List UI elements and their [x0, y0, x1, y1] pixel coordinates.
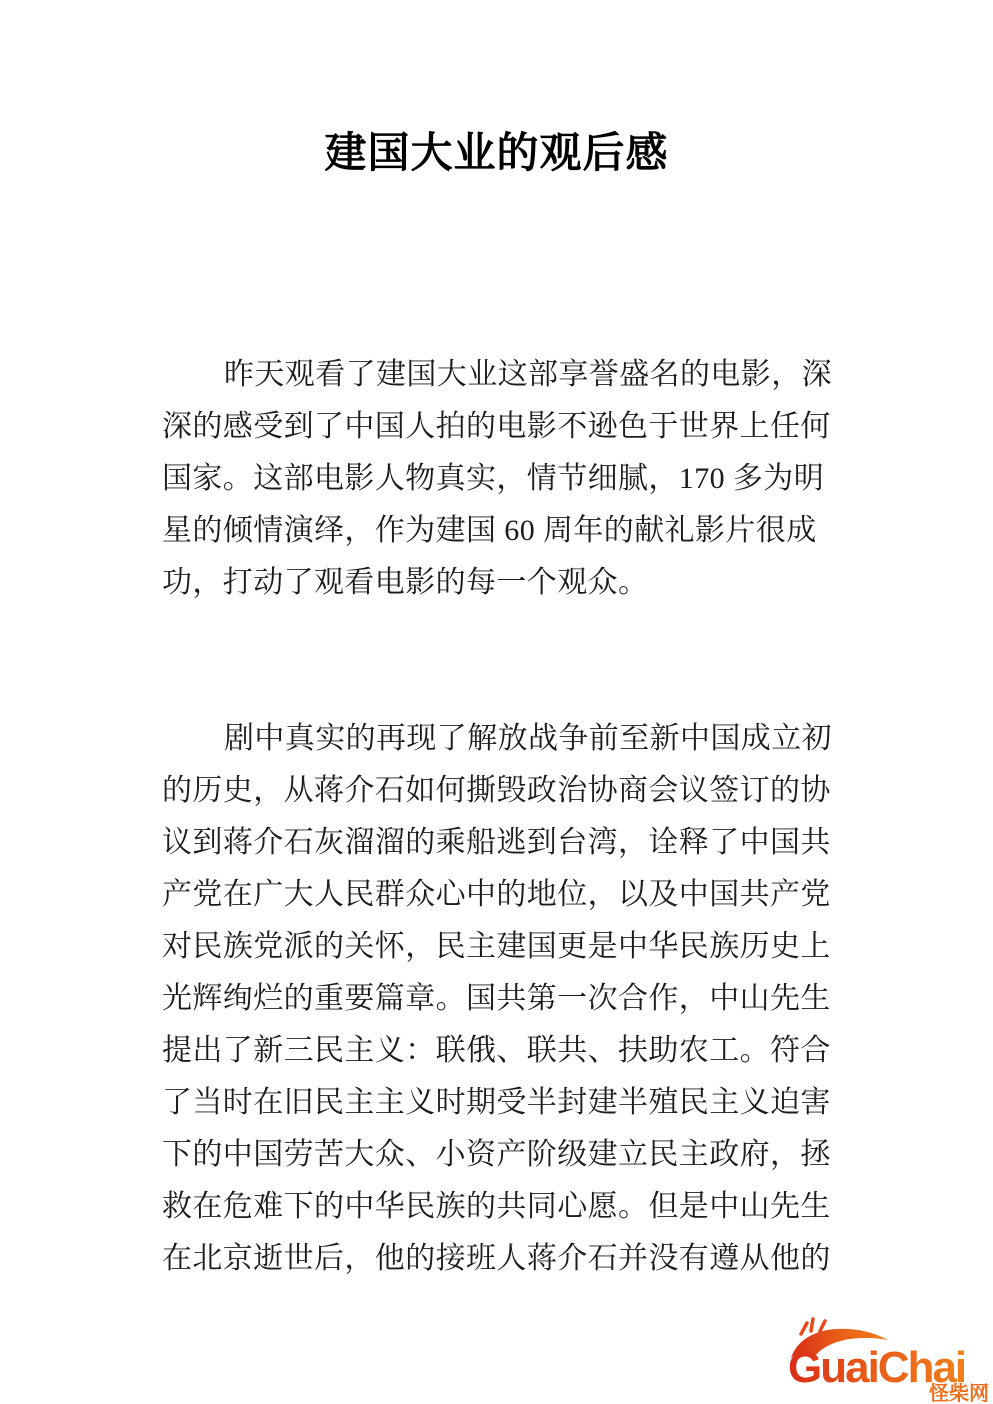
paragraph-line: 提出了新三民主义：联俄、联共、扶助农工。符合	[162, 1025, 834, 1077]
paragraph-line: 昨天观看了建国大业这部享誉盛名的电影，深	[162, 349, 834, 401]
paragraph-line: 星的倾情演绎，作为建国 60 周年的献礼影片很成	[162, 505, 834, 557]
paragraph-line: 功，打动了观看电影的每一个观众。	[162, 557, 834, 609]
paragraph-line: 光辉绚烂的重要篇章。国共第一次合作，中山先生	[162, 973, 834, 1025]
paragraph-line: 产党在广大人民群众心中的地位，以及中国共产党	[162, 869, 834, 921]
paragraph-line: 议到蒋介石灰溜溜的乘船逃到台湾，诠释了中国共	[162, 817, 834, 869]
paragraph-line: 救在危难下的中华民族的共同心愿。但是中山先生	[162, 1181, 834, 1233]
logo-site-name: 怪柴网	[928, 1381, 989, 1402]
document-title: 建国大业的观后感	[0, 120, 993, 180]
paragraph-line: 了当时在旧民主主义时期受半封建半殖民主义迫害	[162, 1077, 834, 1129]
document-body: 昨天观看了建国大业这部享誉盛名的电影，深深的感受到了中国人拍的电影不逊色于世界上…	[162, 349, 834, 1285]
paragraph-line: 深的感受到了中国人拍的电影不逊色于世界上任何	[162, 401, 834, 453]
paragraph-line: 下的中国劳苦大众、小资产阶级建立民主政府，拯	[162, 1129, 834, 1181]
paragraph-line: 国家。这部电影人物真实，情节细腻，170 多为明	[162, 453, 834, 505]
paragraph: 剧中真实的再现了解放战争前至新中国成立初的历史，从蒋介石如何撕毁政治协商会议签订…	[162, 713, 834, 1285]
paragraph-line: 在北京逝世后，他的接班人蒋介石并没有遵从他的	[162, 1233, 834, 1285]
document-page: 建国大业的观后感 昨天观看了建国大业这部享誉盛名的电影，深深的感受到了中国人拍的…	[0, 0, 993, 1404]
paragraph: 昨天观看了建国大业这部享誉盛名的电影，深深的感受到了中国人拍的电影不逊色于世界上…	[162, 349, 834, 609]
paragraph-line: 对民族党派的关怀，民主建国更是中华民族历史上	[162, 921, 834, 973]
paragraph-line: 的历史，从蒋介石如何撕毁政治协商会议签订的协	[162, 765, 834, 817]
paragraph-line: 剧中真实的再现了解放战争前至新中国成立初	[162, 713, 834, 765]
guaichai-logo: GuaiChai 怪柴网	[785, 1316, 991, 1402]
